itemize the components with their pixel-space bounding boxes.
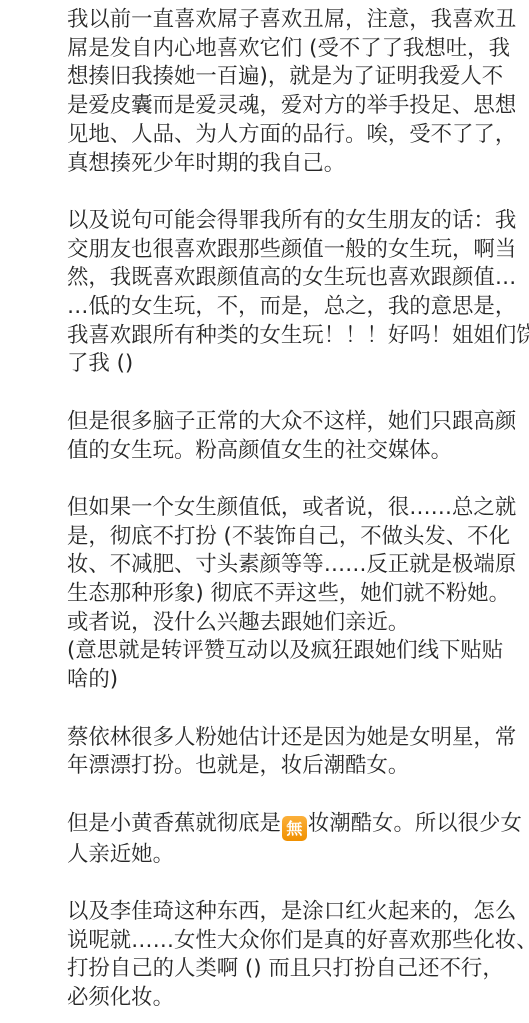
- paragraph: 以及李佳琦这种东西，是涂口红火起来的，怎么说呢就……女性大众你们是真的好喜欢那些…: [67, 898, 523, 1013]
- squared-wu-emoji: 無: [282, 816, 307, 841]
- paragraph: 但如果一个女生颜值低，或者说，很……总之就是，彻底不打扮 (不装饰自己，不做头发…: [67, 494, 523, 695]
- paragraph: 我以前一直喜欢屌子喜欢丑屌，注意，我喜欢丑屌是发自内心地喜欢它们 (受不了了我想…: [67, 6, 523, 178]
- paragraph: 但是很多脑子正常的大众不这样，她们只跟高颜值的女生玩。粉高颜值女生的社交媒体。: [67, 408, 523, 465]
- paragraph: 蔡依林很多人粉她估计还是因为她是女明星，常年漂漂打扮。也就是，妆后潮酷女。: [67, 724, 523, 781]
- paragraph: 以及说句可能会得罪我所有的女生朋友的话：我交朋友也很喜欢跟那些颜值一般的女生玩，…: [67, 207, 523, 379]
- post-body: 我以前一直喜欢屌子喜欢丑屌，注意，我喜欢丑屌是发自内心地喜欢它们 (受不了了我想…: [67, 6, 523, 1013]
- paragraph: 但是小黄香蕉就彻底是無妆潮酷女。所以很少女人亲近她。: [67, 810, 523, 870]
